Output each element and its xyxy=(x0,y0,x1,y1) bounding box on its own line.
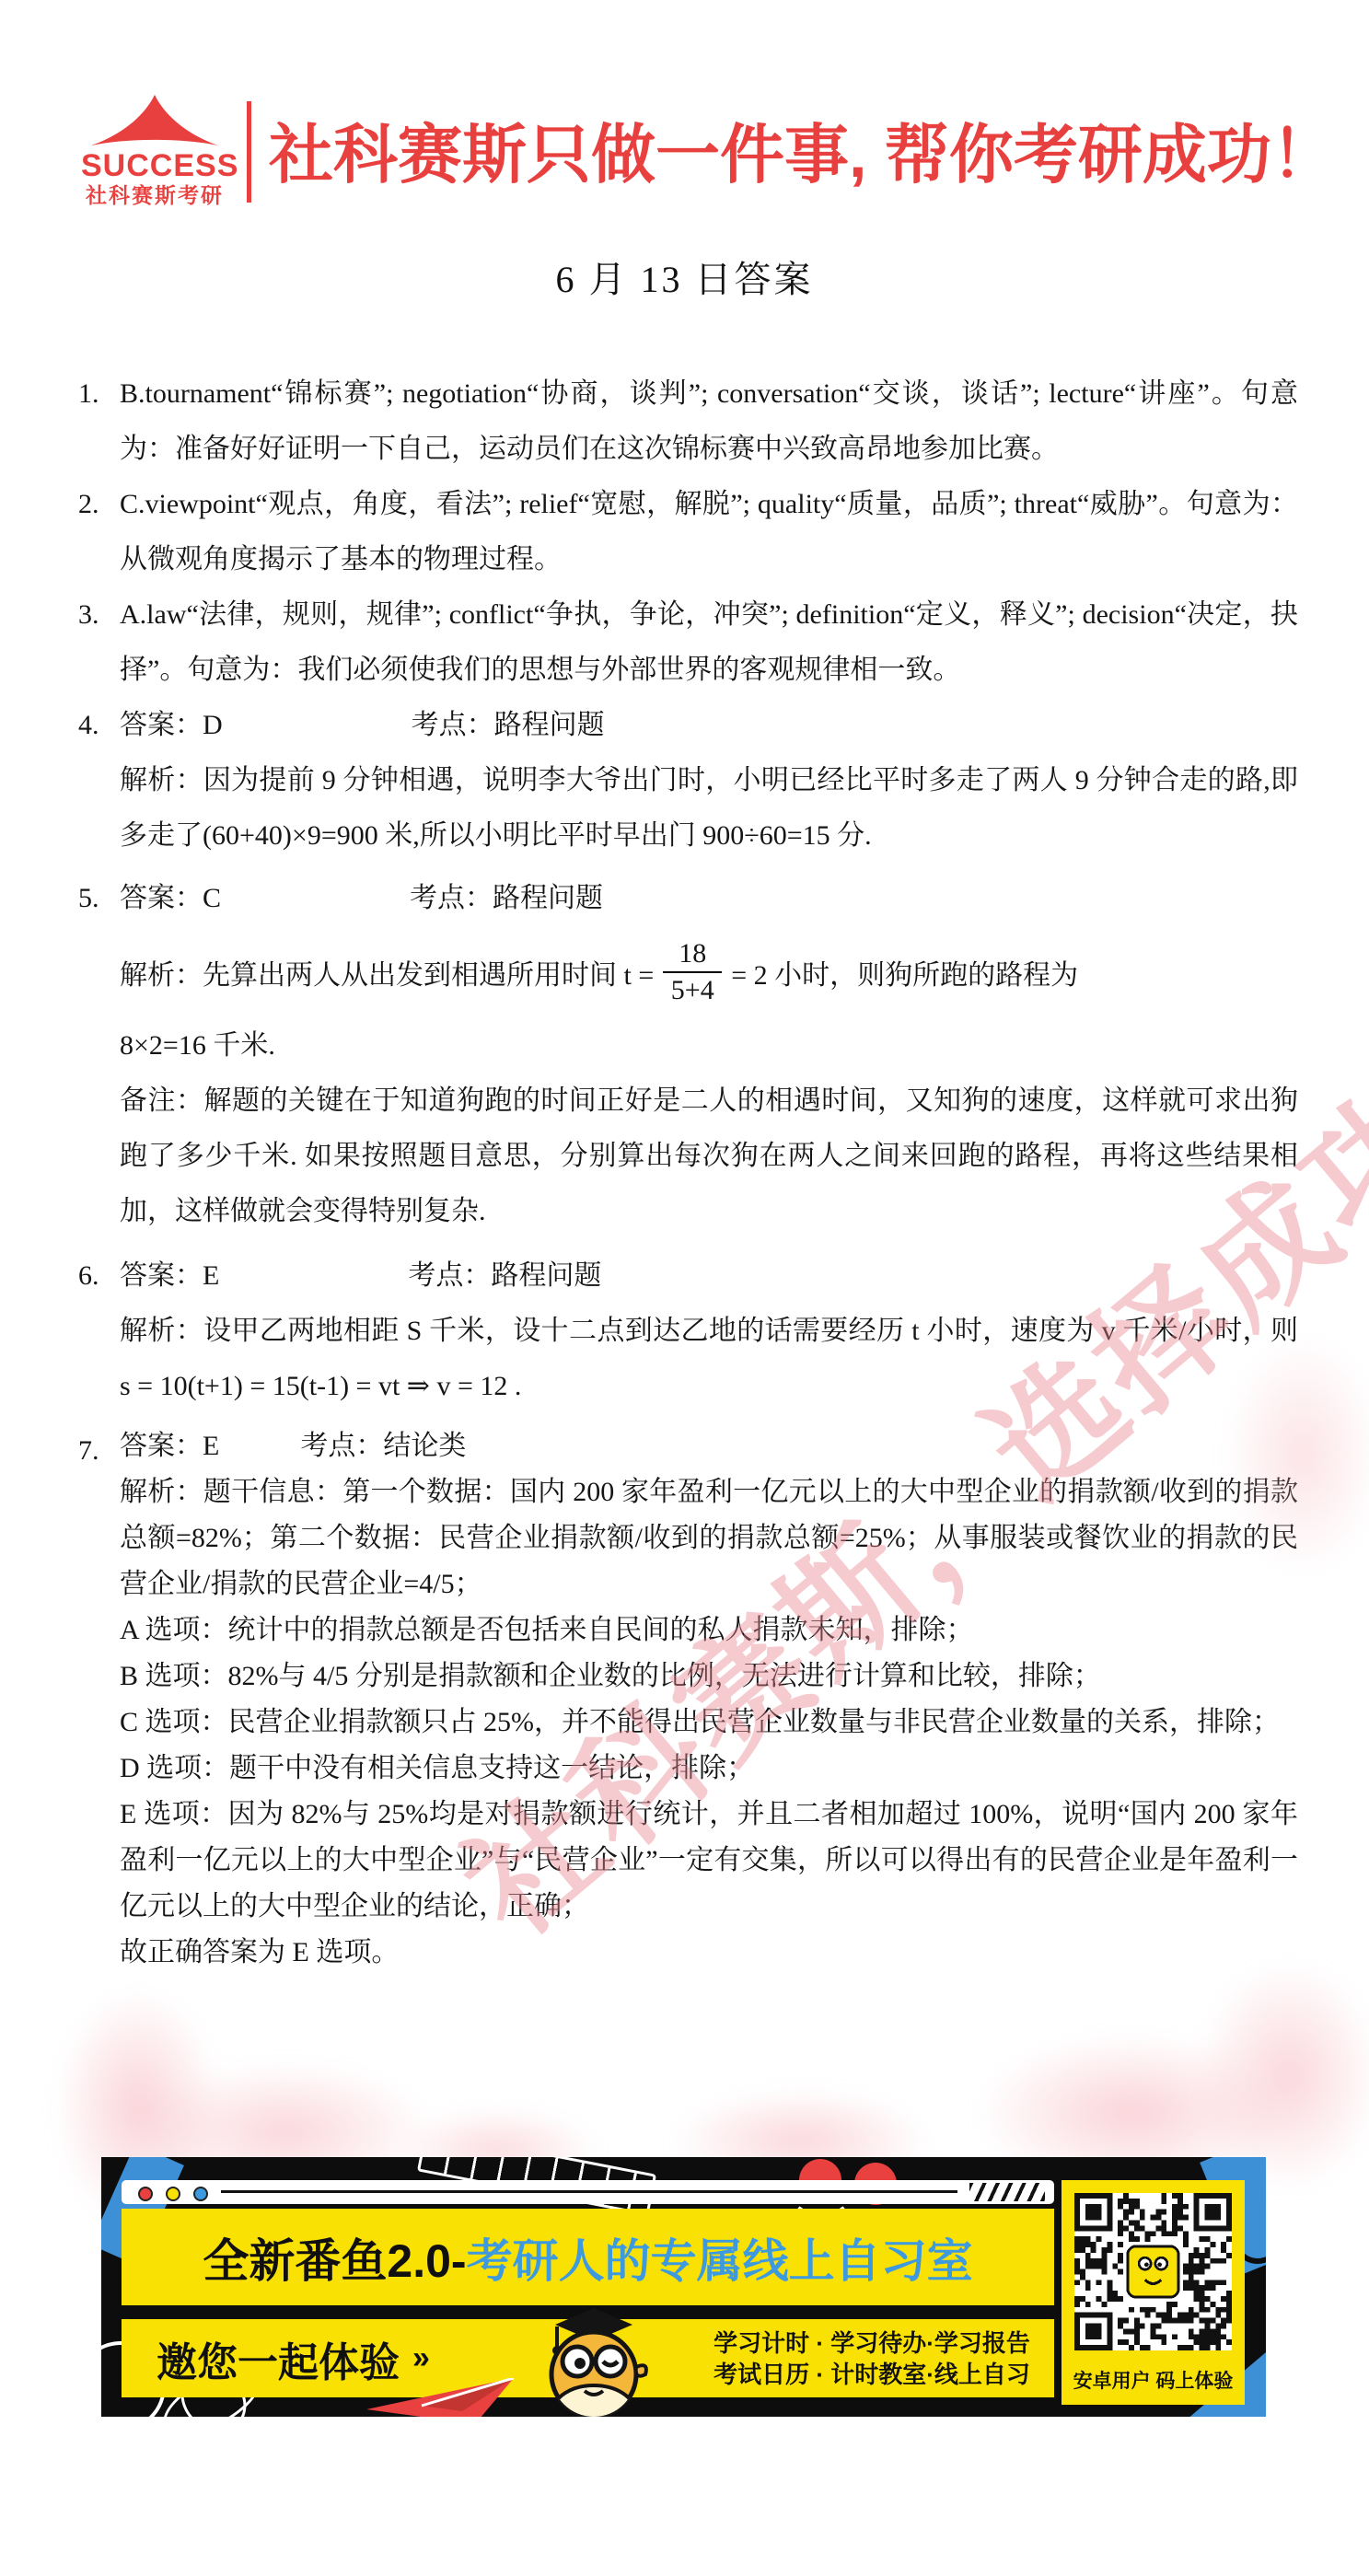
analysis-line2: 8×2=16 千米. xyxy=(120,1018,1298,1073)
answer-item-6: 6. 答案： E 考点： 路程问题 解析：设甲乙两地相距 S 千米，设十二点到达… xyxy=(78,1248,1298,1414)
answer-row: 答案： C 考点： 路程问题 xyxy=(120,871,1298,926)
fraction-denominator: 5+4 xyxy=(671,975,714,1006)
point-value: 路程问题 xyxy=(491,1248,601,1304)
qr-code xyxy=(1074,2193,1232,2350)
item-body: A.law“法律，规则，规律”; conflict“争执，争论，冲突”; def… xyxy=(120,587,1298,698)
option-d-paragraph: D 选项：题干中没有相关信息支持这一结论，排除； xyxy=(120,1746,1298,1792)
point-label: 考点： xyxy=(410,871,493,926)
answer-row: 答案： E 考点： 路程问题 xyxy=(120,1248,1298,1304)
point-label: 考点： xyxy=(300,1423,383,1469)
answer-value: E xyxy=(203,1248,219,1304)
answers-list: 1. B.tournament“锦标赛”; negotiation“协商，谈判”… xyxy=(78,366,1298,1976)
spacer xyxy=(223,698,412,753)
inline-formula: s = 10(t+1) = 15(t-1) = vt ⇒ v = 12 . xyxy=(120,1371,521,1401)
invite-label: 邀您一起体验 xyxy=(157,2329,400,2388)
analysis-paragraph: 解析：题干信息：第一个数据：国内 200 家年盈利一亿元以上的大中型企业的捐款额… xyxy=(120,1469,1298,1607)
answer-value: C xyxy=(203,871,221,926)
analysis-prefix: 解析：先算出两人从出发到相遇所用时间 t = xyxy=(120,952,654,992)
item-number: 3. xyxy=(78,587,117,643)
answer-item-4: 4. 答案： D 考点： 路程问题 解析：因为提前 9 分钟相遇，说明李大爷出门… xyxy=(78,698,1298,864)
feature-line-2: 考试日历 · 计时教室·线上自习 xyxy=(683,2359,1061,2390)
answer-value: E xyxy=(203,1423,219,1469)
spacer xyxy=(219,1423,300,1469)
option-a-paragraph: A 选项：统计中的捐款总额是否包括来自民间的私人捐款未知，排除； xyxy=(120,1607,1298,1654)
point-label: 考点： xyxy=(412,698,494,753)
browser-bar-slashes-icon xyxy=(969,2183,1045,2201)
promo-banner: 全新番鱼2.0-考研人的专属线上自习室 邀您一起体验 » 学习计时 · 学习待办… xyxy=(101,2157,1266,2417)
brand-logo-subtext: 社科赛斯考研 xyxy=(81,182,228,208)
brand-logo: SUCCESS 社科赛斯考研 xyxy=(81,92,228,208)
analysis-prefix: 解析：设甲乙两地相距 S 千米，设十二点到达乙地的话需要经历 t 小时，速度为 … xyxy=(120,1316,1298,1346)
item-number: 5. xyxy=(78,871,117,926)
item-body: C.viewpoint“观点，角度，看法”; relief“宽慰，解脱”; qu… xyxy=(120,477,1298,587)
traffic-light-yellow-icon xyxy=(166,2187,180,2201)
header-divider xyxy=(247,101,251,203)
answer-item-2: 2. C.viewpoint“观点，角度，看法”; relief“宽慰，解脱”;… xyxy=(78,477,1298,587)
feature-line-1: 学习计时 · 学习待办·学习报告 xyxy=(683,2327,1061,2359)
fraction-numerator: 18 xyxy=(679,938,706,969)
headline-black-text: 全新番鱼2.0- xyxy=(203,2224,466,2291)
point-value: 路程问题 xyxy=(493,871,603,926)
option-c-paragraph: C 选项：民营企业捐款额只占 25%，并不能得出民营企业数量与非民营企业数量的关… xyxy=(120,1700,1298,1746)
qr-panel: 安卓用户 码上体验 xyxy=(1062,2180,1245,2405)
chevrons-right-icon: » xyxy=(412,2340,426,2376)
headline-blue-text: 考研人的专属线上自习室 xyxy=(467,2224,973,2291)
header-slogan: 社科赛斯只做一件事, 帮你考研成功！ xyxy=(269,92,1323,207)
answer-item-7: 7. 答案： E 考点： 结论类 解析：题干信息：第一个数据：国内 200 家年… xyxy=(78,1423,1298,1976)
item-number: 4. xyxy=(78,698,117,753)
roof-icon xyxy=(86,92,224,149)
answer-item-3: 3. A.law“法律，规则，规律”; conflict“争执，争论，冲突”; … xyxy=(78,587,1298,698)
point-label: 考点： xyxy=(408,1248,491,1304)
answer-item-5: 5. 答案： C 考点： 路程问题 解析：先算出两人从出发到相遇所用时间 t =… xyxy=(78,871,1298,1239)
option-b-paragraph: B 选项：82%与 4/5 分别是捐款额和企业数的比例，无法进行计算和比较，排除… xyxy=(120,1654,1298,1700)
answer-row: 答案： D 考点： 路程问题 xyxy=(120,698,1298,753)
point-value: 路程问题 xyxy=(494,698,605,753)
conclusion-paragraph: 故正确答案为 E 选项。 xyxy=(120,1930,1298,1976)
browser-bar xyxy=(122,2180,1054,2204)
fraction: 18 5+4 xyxy=(663,938,722,1006)
answer-label: 答案： xyxy=(120,1423,203,1469)
traffic-light-red-icon xyxy=(138,2187,153,2201)
feature-list: 学习计时 · 学习待办·学习报告 考试日历 · 计时教室·线上自习 xyxy=(683,2327,1061,2390)
analysis-paragraph: 解析：因为提前 9 分钟相遇，说明李大爷出门时，小明已经比平时多走了两人 9 分… xyxy=(120,753,1298,864)
analysis-paragraph: 解析：设甲乙两地相距 S 千米，设十二点到达乙地的话需要经历 t 小时，速度为 … xyxy=(120,1304,1298,1414)
item-number: 2. xyxy=(78,477,117,532)
analysis-formula-line: 解析：先算出两人从出发到相遇所用时间 t = 18 5+4 = 2 小时，则狗所… xyxy=(120,926,1298,1018)
answer-value: D xyxy=(203,698,223,753)
page-title: 6 月 13 日答案 xyxy=(0,250,1369,303)
banner-headline: 全新番鱼2.0-考研人的专属线上自习室 xyxy=(122,2209,1054,2305)
fish-mascot-icon xyxy=(520,2303,667,2417)
browser-bar-line xyxy=(221,2190,957,2193)
answer-label: 答案： xyxy=(120,871,203,926)
answer-item-1: 1. B.tournament“锦标赛”; negotiation“协商，谈判”… xyxy=(78,366,1298,477)
point-value: 结论类 xyxy=(383,1423,466,1469)
answer-label: 答案： xyxy=(120,1248,203,1304)
option-e-paragraph: E 选项：因为 82%与 25%均是对捐款额进行统计，并且二者相加超过 100%… xyxy=(120,1792,1298,1930)
fraction-bar xyxy=(663,971,722,973)
item-number: 6. xyxy=(78,1248,117,1304)
answer-label: 答案： xyxy=(120,698,203,753)
item-number: 7. xyxy=(78,1423,117,1479)
answer-row: 答案： E 考点： 结论类 xyxy=(120,1423,1298,1469)
note-paragraph: 备注：解题的关键在于知道狗跑的时间正好是二人的相遇时间，又知狗的速度，这样就可求… xyxy=(120,1073,1298,1239)
traffic-light-blue-icon xyxy=(193,2187,208,2201)
analysis-suffix: = 2 小时，则狗所跑的路程为 xyxy=(731,952,1078,992)
answer-sheet-page: SUCCESS 社科赛斯考研 社科赛斯只做一件事, 帮你考研成功！ 6 月 13… xyxy=(0,0,1369,2576)
qr-caption: 安卓用户 码上体验 xyxy=(1062,2366,1245,2394)
spacer xyxy=(219,1248,408,1304)
item-number: 1. xyxy=(78,366,117,422)
spacer xyxy=(221,871,410,926)
brand-logo-text: SUCCESS xyxy=(81,149,228,182)
item-body: B.tournament“锦标赛”; negotiation“协商，谈判”; c… xyxy=(120,366,1298,477)
